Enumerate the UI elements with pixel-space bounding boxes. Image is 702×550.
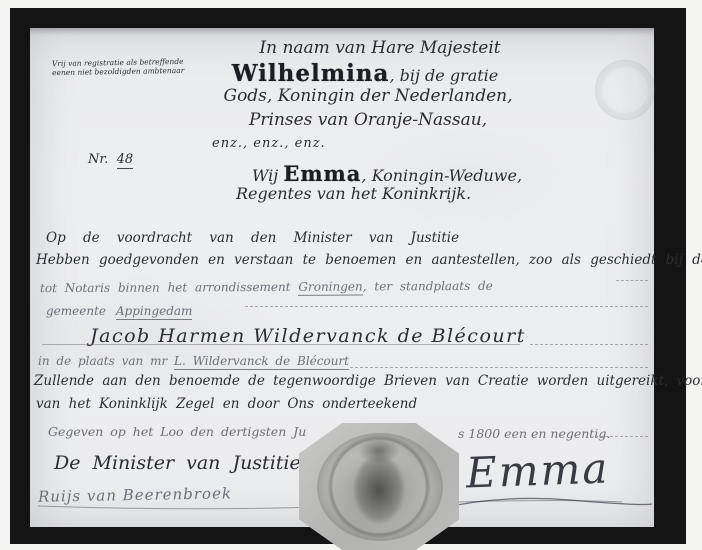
fill-dash-4 bbox=[350, 367, 648, 368]
header-gods-line: Gods, Koningin der Nederlanden, bbox=[198, 86, 538, 106]
registration-note-line2: eenen niet bezoldigden ambtenaar bbox=[52, 66, 184, 77]
header-etc-line: enz., enz., enz. bbox=[212, 136, 326, 151]
fill-dash-1 bbox=[616, 280, 648, 281]
header-after-name: , bij de gratie bbox=[389, 66, 498, 85]
functie-pre: tot Notaris binnen het arrondissement bbox=[40, 280, 298, 295]
gemeente-label: gemeente bbox=[46, 304, 116, 318]
scanned-certificate-page: { "meta": { "description": "Scanned Dutc… bbox=[0, 0, 702, 550]
dateline-right: s 1800 een en negentig. bbox=[458, 426, 610, 441]
functie-post: , ter standplaats de bbox=[363, 279, 493, 294]
body-brieven1: Zullende aan den benoemde de tegenwoordi… bbox=[34, 373, 702, 389]
arrondissement-value: Groningen bbox=[298, 279, 362, 295]
body-vervanging: in de plaats van mr L. Wildervanck de Bl… bbox=[38, 354, 349, 368]
decree-number-label: Nr. bbox=[88, 152, 108, 167]
gemeente-value: Appingedam bbox=[116, 304, 193, 320]
decree-number-value: 48 bbox=[117, 152, 134, 169]
preamble-line2: Regentes van het Koninkrijk. bbox=[236, 184, 471, 203]
seal-coat-of-arms-ring bbox=[317, 433, 443, 541]
preamble-after-name: , Koningin-Weduwe, bbox=[361, 166, 522, 185]
body-brieven2: van het Koninklijk Zegel en door Ons ond… bbox=[36, 396, 417, 412]
fill-dash-2 bbox=[245, 306, 648, 307]
body-functie: tot Notaris binnen het arrondissement Gr… bbox=[40, 279, 493, 295]
appointee-ruleline bbox=[42, 344, 520, 345]
vervanging-pre: in de plaats van mr bbox=[38, 354, 174, 368]
fill-dash-5 bbox=[595, 436, 648, 437]
fill-dash-3 bbox=[530, 344, 648, 345]
header-sovereign-line: Wilhelmina, bij de gratie bbox=[200, 60, 530, 87]
body-voordracht: Op de voordracht van den Minister van Ju… bbox=[46, 230, 459, 246]
preamble-line1: Wij Emma, Koningin-Weduwe, bbox=[252, 161, 522, 186]
royal-wax-paper-seal bbox=[299, 423, 459, 550]
registration-note: Vrij van registratie als betreffende een… bbox=[52, 57, 184, 77]
body-besluit: Hebben goedgevonden en verstaan te benoe… bbox=[36, 252, 702, 268]
decree-number: Nr. 48 bbox=[88, 152, 133, 167]
royal-signature: Emma bbox=[465, 444, 610, 498]
body-gemeente: gemeente Appingedam bbox=[46, 304, 192, 318]
predecessor-name: L. Wildervanck de Blécourt bbox=[174, 354, 349, 370]
embossed-round-stamp bbox=[595, 60, 655, 120]
sovereign-name: Wilhelmina bbox=[232, 60, 390, 87]
preamble-wij: Wij bbox=[252, 166, 283, 185]
regent-name: Emma bbox=[283, 161, 361, 186]
minister-signature: Ruijs van Beerenbroek bbox=[38, 484, 232, 505]
header-in-naam: In naam van Hare Majesteit bbox=[230, 38, 530, 58]
header-oranje-line: Prinses van Oranje-Nassau, bbox=[208, 110, 528, 130]
dateline-left: Gegeven op het Loo den dertigsten Ju bbox=[48, 424, 306, 439]
minister-title: De Minister van Justitie. bbox=[54, 452, 307, 474]
